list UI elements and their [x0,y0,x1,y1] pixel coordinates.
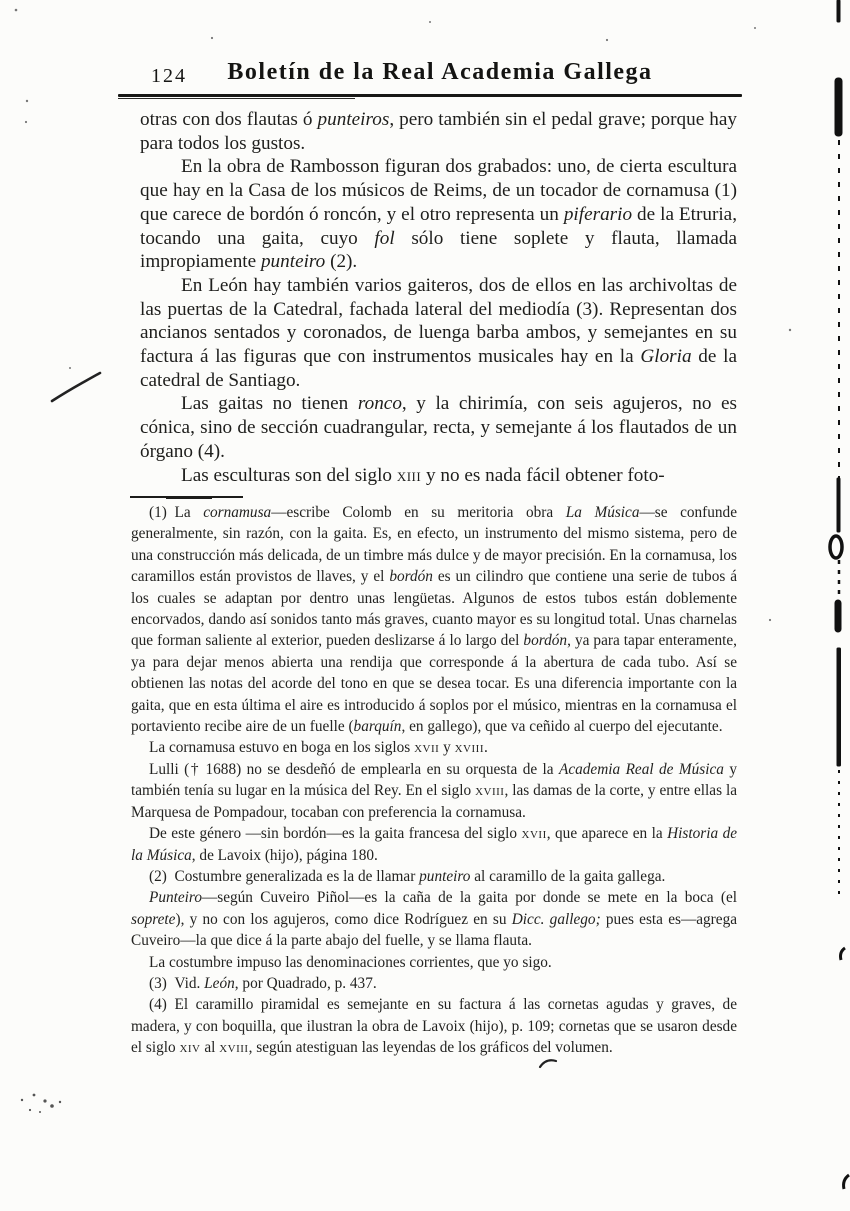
text-run: otras con dos flautas ó [140,109,318,130]
text-run: xiii [397,465,421,486]
paragraph: (3) Vid. León, por Quadrado, p. 437. [131,973,737,994]
paragraph: Las gaitas no tienen ronco, y la chirimí… [140,392,737,463]
text-run: Gloria [640,346,691,367]
text-run: punteiros [318,109,390,130]
paragraph: De este género —sin bordón—es la gaita f… [131,823,737,866]
text-run: cornamusa [203,504,271,521]
text-run: fol [374,228,394,249]
text-run: punteiro [419,868,470,885]
text-run: , según atestiguan las leyendas de los g… [249,1039,613,1056]
text-run: bordón [389,568,433,585]
header-rule [118,94,742,97]
tick-mark [540,1060,556,1067]
text-run: ), y no con los agujeros, como dice Rodr… [175,911,511,928]
text-run: xvii [414,739,439,756]
paragraph: En la obra de Rambosson figuran dos grab… [140,155,737,274]
paragraph: (4) El caramillo piramidal es semejante … [131,994,737,1058]
scan-edge-line [830,0,849,1189]
paragraph: La cornamusa estuvo en boga en los siglo… [131,737,737,758]
smudge-speckles [21,1094,61,1113]
text-run: al [201,1039,220,1056]
text-run: Punteiro [149,889,202,906]
paragraph: Punteiro—según Cuveiro Piñol—es la caña … [131,887,737,951]
paragraph: Lulli († 1688) no se desdeñó de emplearl… [131,759,737,823]
text-run: y no es nada fácil obtener foto- [421,465,664,486]
text-run: (3) Vid. [149,975,204,992]
text-run: punteiro [261,251,325,272]
text-run: , en gallego), que va ceñido al cuerpo d… [401,718,722,735]
page-header: 124 Boletín de la Real Academia Gallega [0,57,850,97]
text-run: —escribe Colomb en su meritoria obra [271,504,566,521]
text-run: León [204,975,235,992]
text-run: soprete [131,911,175,928]
text-run: Las esculturas son del siglo [181,465,397,486]
paragraph: Las esculturas son del siglo xiii y no e… [140,464,737,488]
text-run: xiv [179,1039,200,1056]
page-title: Boletín de la Real Academia Gallega [140,59,740,86]
text-run: Las gaitas no tienen [181,393,358,414]
scanned-book-page: 124 Boletín de la Real Academia Gallega … [0,0,850,1211]
text-run: Dicc. gallego; [512,911,601,928]
text-run: bordón [523,632,567,649]
footnote-separator [130,496,243,498]
text-run: xviii [219,1039,248,1056]
text-run: xviii [455,739,484,756]
text-run: La cornamusa estuvo en boga en los siglo… [149,739,414,756]
text-run: piferario [564,204,632,225]
body-text: otras con dos flautas ó punteiros, pero … [140,108,737,487]
paragraph: (1) La cornamusa—escribe Colomb en su me… [131,502,737,737]
text-run: , por Quadrado, p. 437. [235,975,377,992]
text-run: xviii [475,782,504,799]
text-run: Lulli († 1688) no se desdeñó de emplearl… [149,761,559,778]
text-run: barquín [354,718,402,735]
paragraph: La costumbre impuso las denominaciones c… [131,952,737,973]
text-run: (1) La [149,504,203,521]
text-run: xvii [522,825,547,842]
text-run: De este género —sin bordón—es la gaita f… [149,825,522,842]
paragraph: (2) Costumbre generalizada es la de llam… [131,866,737,887]
text-run: La Música [566,504,640,521]
text-run: (2) Costumbre generalizada es la de llam… [149,868,419,885]
paragraph: En León hay también varios gaiteros, dos… [140,274,737,393]
paragraph: otras con dos flautas ó punteiros, pero … [140,108,737,155]
footnotes: (1) La cornamusa—escribe Colomb en su me… [131,502,737,1059]
text-run: , de Lavoix (hijo), página 180. [192,847,378,864]
text-run: —según Cuveiro Piñol—es la caña de la ga… [202,889,737,906]
text-run: La costumbre impuso las denominaciones c… [149,954,552,971]
pen-stroke-mark [52,373,100,401]
text-run: . [484,739,488,756]
text-run: y [439,739,454,756]
text-run: ronco [358,393,402,414]
text-run: al caramillo de la gaita gallega. [470,868,665,885]
text-run: (2). [325,251,357,272]
text-run: , que aparece en la [547,825,667,842]
text-run: Academia Real de Música [559,761,724,778]
